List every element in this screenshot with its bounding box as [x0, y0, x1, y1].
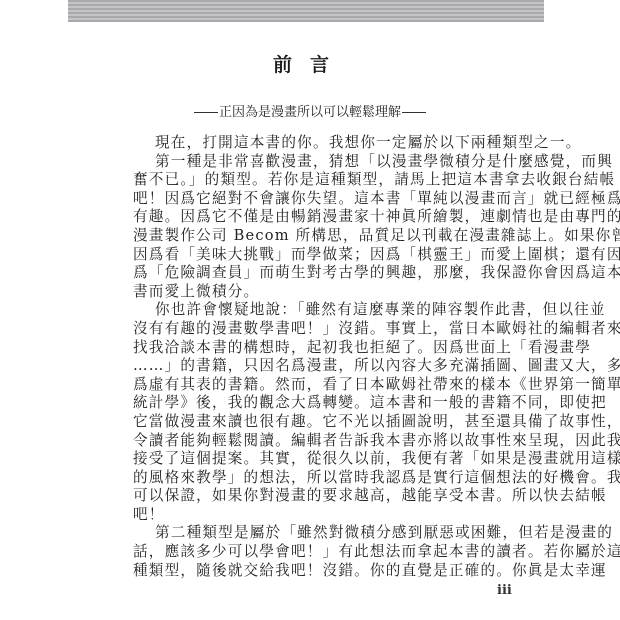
text-line: 你也許會懷疑地說：「雖然有這麼專業的陣容製作此書，但以往並	[133, 301, 495, 320]
subtitle-text: 正因為是漫畫所以可以輕鬆理解	[219, 105, 401, 120]
text-line: 可以保證，如果你對漫畫的要求越高，越能享受本書。所以快去結帳	[133, 487, 495, 506]
text-line: 爲虛有其表的書籍。然而，看了日本歐姆社帶來的樣本《世界第一簡單	[133, 376, 495, 395]
text-line: 有趣。因爲它不僅是由暢銷漫畫家十神眞所繪製，連劇情也是由專門的	[133, 208, 495, 227]
text-line: 第一種是非常喜歡漫畫，猜想「以漫畫學微積分是什麼感覺，而興	[133, 153, 495, 172]
text-line: 爲「危險調查員」而萌生對考古學的興趣，那麼，我保證你會因爲這本	[133, 264, 495, 283]
subtitle-dash-right	[402, 112, 426, 113]
text-line: 吧！因爲它絕對不會讓你失望。這本書「單純以漫畫而言」就已經極爲	[133, 190, 495, 209]
text-line: 吧！	[133, 506, 495, 525]
header-band	[68, 0, 544, 22]
page-number: iii	[497, 583, 512, 598]
text-line: 現在，打開這本書的你。我想你一定屬於以下兩種類型之一。	[133, 134, 495, 153]
text-line: 種類型，隨後就交給我吧！沒錯。你的直覺是正確的。你眞是太幸運	[133, 562, 495, 581]
text-line: 它當做漫畫來讀也很有趣。它不光以插圖說明，甚至還具備了故事性，	[133, 413, 495, 432]
text-line: 第二種類型是屬於「雖然對微積分感到厭惡或困難，但若是漫畫的	[133, 524, 495, 543]
text-line: 漫畫製作公司 Becom 所構思，品質足以刊載在漫畫雜誌上。如果你曾經	[133, 227, 495, 246]
text-line: 找我洽談本書的構想時，起初我也拒絕了。因爲世面上「看漫畫學	[133, 339, 495, 358]
text-line: 接受了這個提案。其實，從很久以前，我便有著「如果是漫畫就用這樣	[133, 450, 495, 469]
page-subtitle: 正因為是漫畫所以可以輕鬆理解	[0, 101, 620, 120]
text-line: 令讀者能夠輕鬆閱讀。編輯者告訴我本書亦將以故事性來呈現，因此我	[133, 432, 495, 451]
text-line: 統計學》後，我的觀念大爲轉變。這本書和一般的書籍不同，即使把	[133, 394, 495, 413]
text-line: 話，應該多少可以學會吧！」有此想法而拿起本書的讀者。若你屬於這	[133, 543, 495, 562]
text-line: 書而愛上微積分。	[133, 283, 495, 302]
text-line: 沒有有趣的漫畫數學書吧！」沒錯。事實上，當日本歐姆社的編輯者來	[133, 320, 495, 339]
subtitle-dash-left	[194, 112, 218, 113]
text-line: 因爲看「美味大挑戰」而學做菜；因爲「棋靈王」而愛上圍棋；還有因	[133, 246, 495, 265]
text-line: 的風格來教學」的想法，所以當時我認爲是實行這個想法的好機會。我	[133, 469, 495, 488]
text-line: 奮不已。」的類型。若你是這種類型，請馬上把這本書拿去收銀台結帳	[133, 171, 495, 190]
page-title: 前言	[0, 50, 620, 77]
body-text: 現在，打開這本書的你。我想你一定屬於以下兩種類型之一。第一種是非常喜歡漫畫，猜想…	[133, 134, 495, 580]
text-line: ……」的書籍，只因名爲漫畫，所以內容大多充滿插圖、圖畫又大，多	[133, 357, 495, 376]
